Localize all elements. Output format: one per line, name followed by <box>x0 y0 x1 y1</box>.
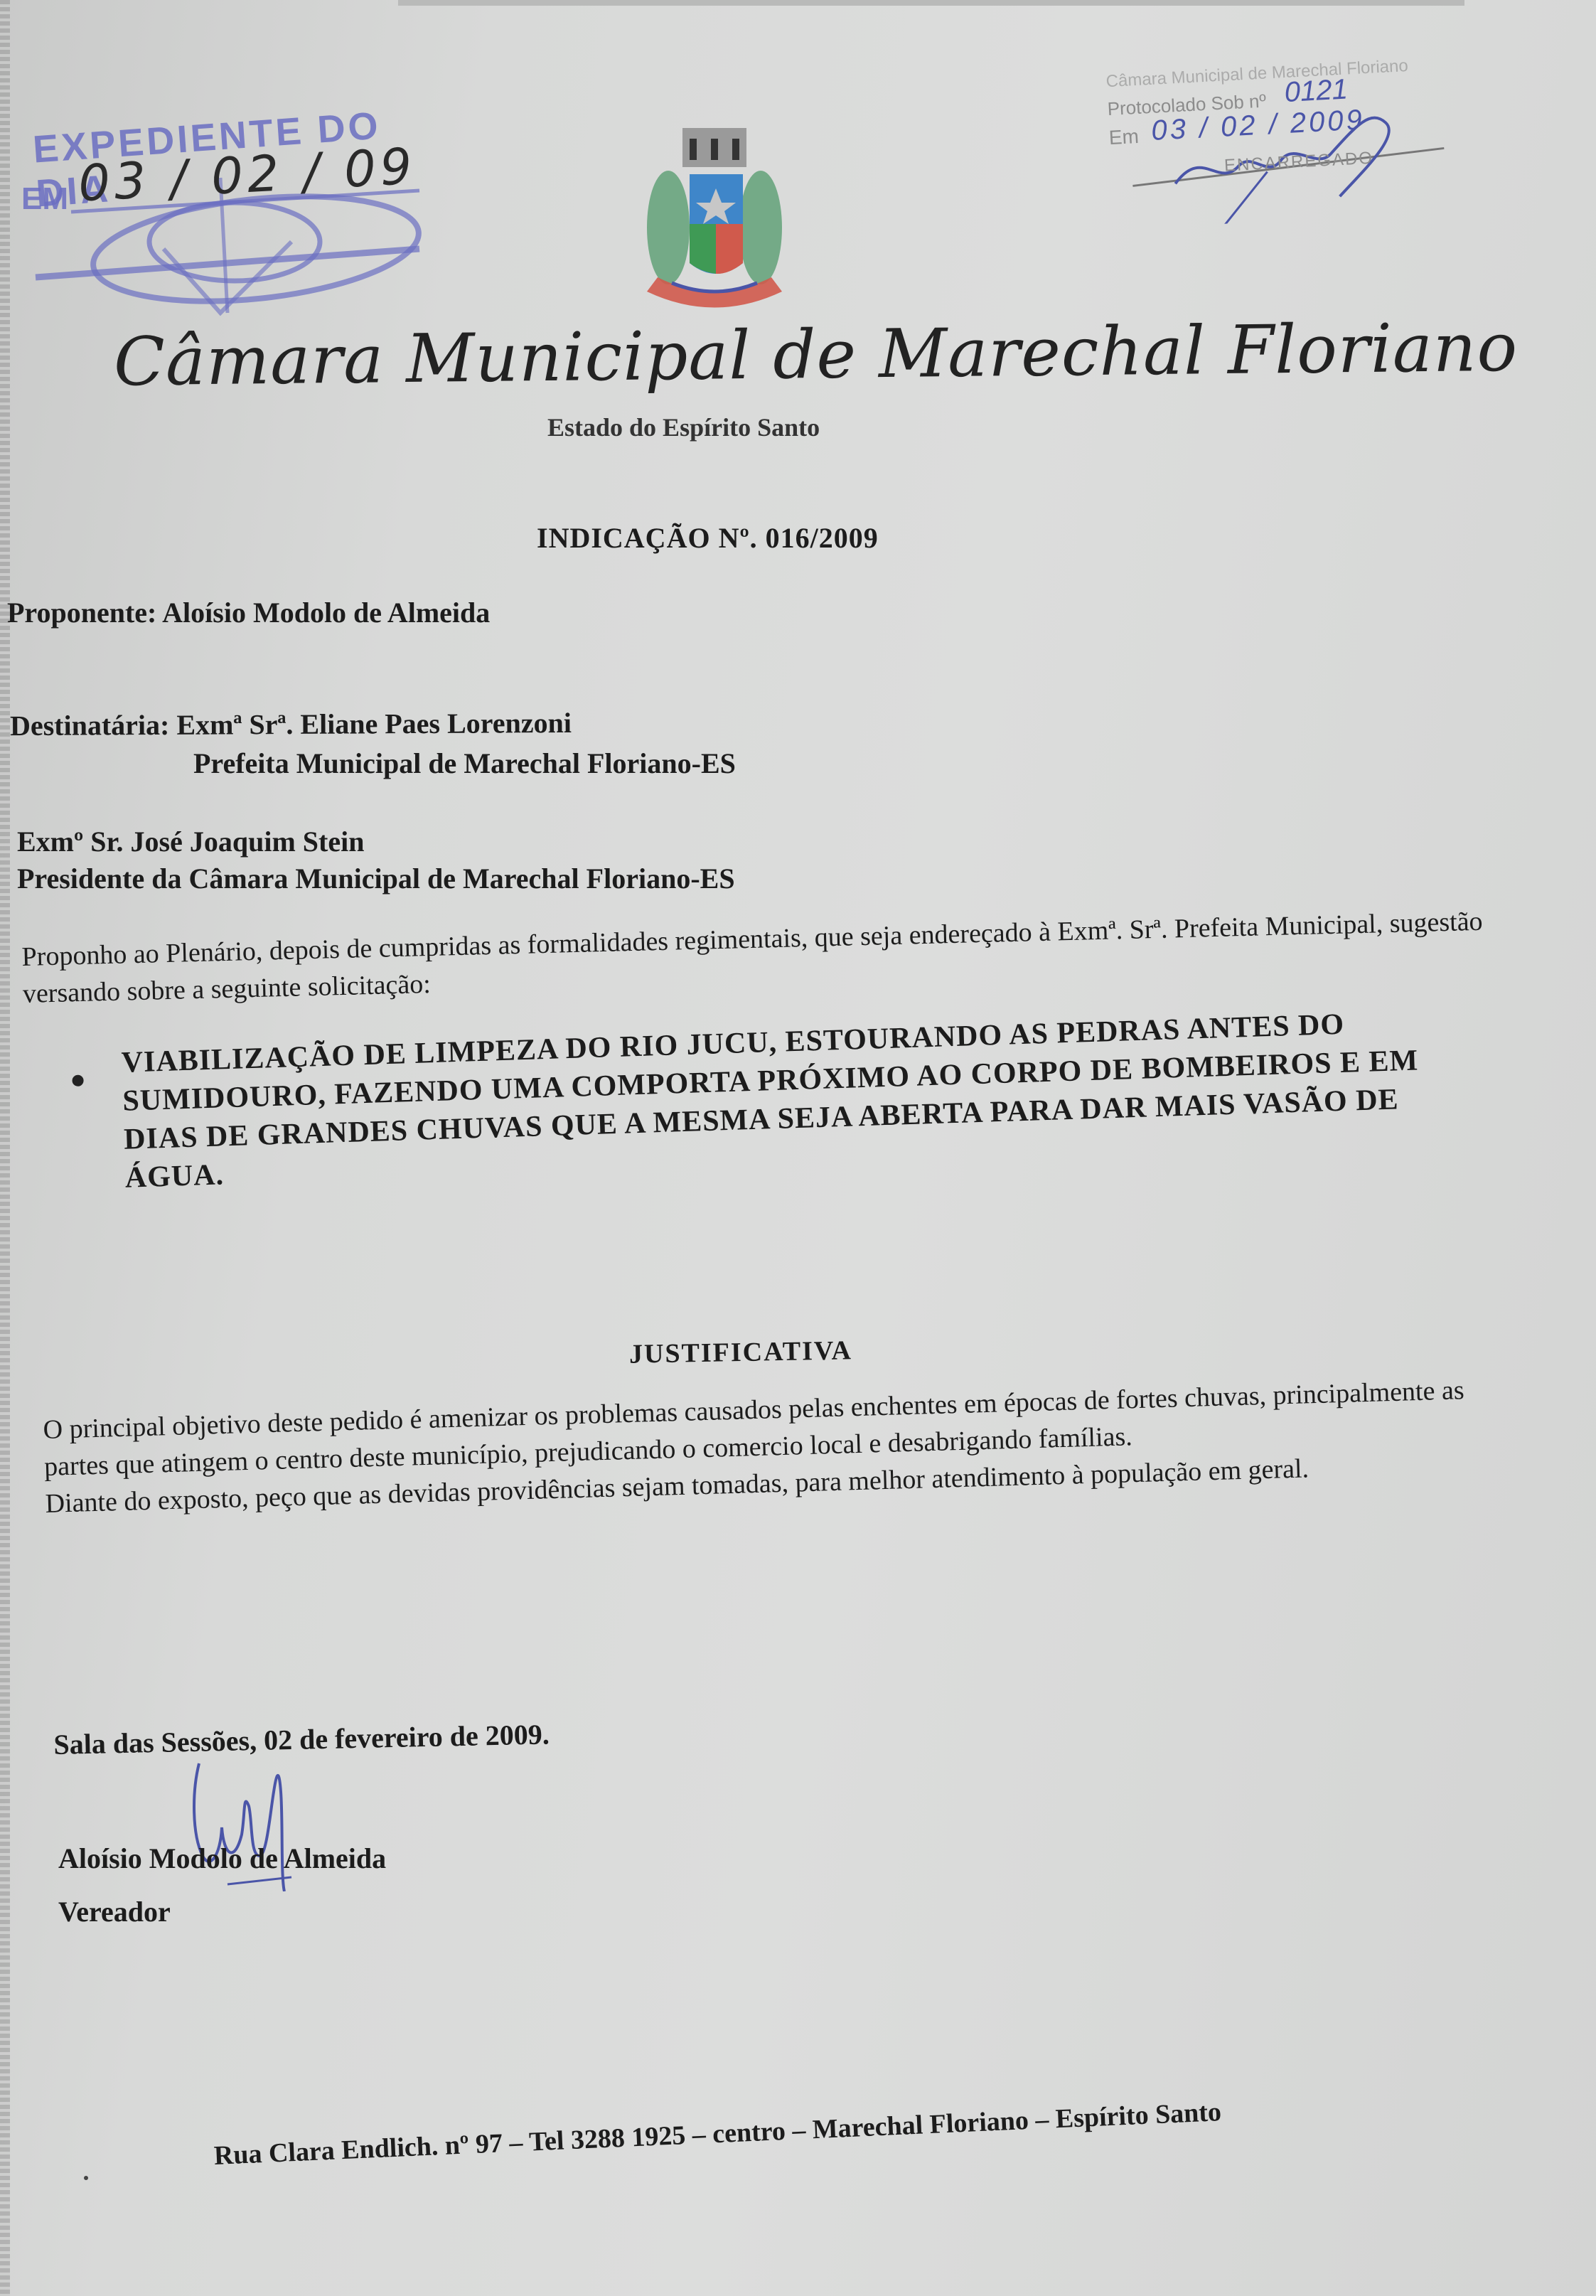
protocol-chamber-line: Câmara Municipal de Marechal Floriano <box>1105 56 1408 92</box>
indication-title: INDICAÇÃO Nº. 016/2009 <box>537 521 879 555</box>
request-item: VIABILIZAÇÃO DE LIMPEZA DO RIO JUCU, EST… <box>121 1002 1462 1197</box>
president-title-line: Presidente da Câmara Municipal de Marech… <box>17 862 735 895</box>
protocol-stamp: Câmara Municipal de Marechal Floriano Pr… <box>1098 41 1476 230</box>
footer-mark <box>84 2176 88 2180</box>
request-list: VIABILIZAÇÃO DE LIMPEZA DO RIO JUCU, EST… <box>71 1001 1464 1045</box>
expediente-em-label: EM <box>21 181 68 217</box>
signer-role: Vereador <box>58 1895 171 1928</box>
page-binding-edge <box>0 0 10 2296</box>
protocol-number: 0121 <box>1284 73 1349 109</box>
justification-body: O principal objetivo deste pedido é amen… <box>43 1372 1474 1522</box>
expediente-stamp: EXPEDIENTE DO DIA EM 03 / 02 / 09 <box>21 107 434 320</box>
state-subtitle: Estado do Espírito Santo <box>547 412 820 442</box>
coat-of-arms-icon <box>629 121 800 320</box>
signer-name: Aloísio Modolo de Almeida <box>58 1842 386 1875</box>
footer-address: Rua Clara Endlich. nº 97 – Tel 3288 1925… <box>213 2096 1222 2172</box>
bullet-icon <box>72 1074 83 1086</box>
justification-title: JUSTIFICATIVA <box>629 1335 853 1369</box>
destinataria-title-line: Prefeita Municipal de Marechal Floriano-… <box>193 747 736 780</box>
chamber-title: Câmara Municipal de Marechal Floriano <box>113 309 1518 402</box>
page-top-edge <box>398 0 1464 6</box>
proponente-line: Proponente: Aloísio Modolo de Almeida <box>7 596 490 629</box>
proposal-paragraph: Proponho ao Plenário, depois de cumprida… <box>21 903 1487 1013</box>
destinataria-line: Destinatária: Exmª Srª. Eliane Paes Lore… <box>10 706 572 742</box>
president-name-line: Exmº Sr. José Joaquim Stein <box>17 825 364 858</box>
